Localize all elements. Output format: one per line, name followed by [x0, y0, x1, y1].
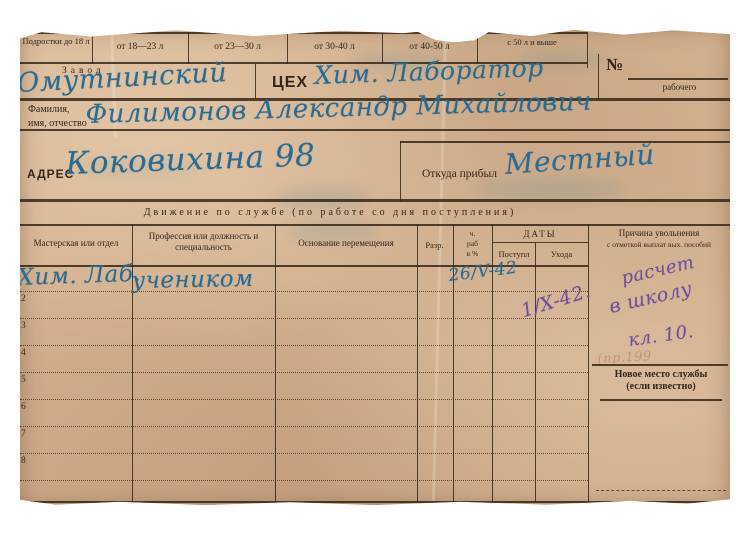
age-cell-under18: Подростки до 18 л: [20, 36, 92, 46]
ink-smudge: [475, 178, 625, 200]
scanned-record-card-page: Подростки до 18 л от 18—23 л от 23—30 л …: [0, 0, 750, 533]
name-row-bottom-border: [20, 129, 730, 131]
record-card: Подростки до 18 л от 18—23 л от 23—30 л …: [20, 28, 730, 506]
origin-box-top-border: [400, 141, 730, 143]
factory-shop-divider: [255, 64, 256, 98]
annotation-dismissal-line2: в школу: [607, 278, 694, 318]
entry-profession-handwritten: учеником: [132, 266, 254, 294]
annotation-date-out: 1/X-42.: [519, 280, 594, 322]
new-place-line2: (если известно): [594, 381, 728, 393]
worker-number-line: [628, 78, 728, 80]
table-row-line: [20, 453, 588, 454]
col-header-profession: Профессия или должность и специальность: [134, 231, 273, 253]
worker-number-sublabel: рабочего: [632, 82, 727, 93]
origin-value-handwritten: Местный: [504, 138, 656, 181]
table-row-line: [20, 372, 588, 373]
name-label-line1: Фамилия,: [28, 104, 69, 116]
col-header-hours-line1: ч.: [454, 229, 491, 238]
table-row-line: [20, 480, 588, 481]
col-header-dates: ДАТЫ: [492, 229, 588, 240]
age-cell-30-40: от 30-40 л: [287, 42, 382, 53]
shop-label: ЦЕХ: [272, 73, 308, 92]
table-row-line: [20, 318, 588, 319]
table-row-line: [20, 399, 588, 400]
row-number: 6: [21, 402, 26, 412]
dates-header-underline: [492, 242, 588, 243]
new-place-underline: [600, 399, 722, 401]
col-header-hours-line3: в %: [454, 249, 491, 258]
row-number: 8: [21, 456, 26, 466]
address-value-handwritten: Коковихина 98: [65, 137, 316, 182]
ink-smudge: [275, 188, 370, 208]
col-header-workshop: Мастерская или отдел: [22, 238, 130, 249]
row-number: 5: [21, 375, 26, 385]
table-row-line: [20, 426, 588, 427]
annotation-dismissal-line3: кл. 10.: [627, 321, 695, 351]
entry-workshop-handwritten: Хим. Лаб.: [17, 261, 141, 291]
section-title-bottom-border: [20, 224, 730, 226]
age-cell-50-plus: с 50 л и выше: [482, 37, 582, 47]
row-number: 2: [21, 294, 26, 304]
number-block-divider: [598, 54, 599, 100]
age-divider: [587, 32, 588, 68]
section-title: Движение по службе (по работе со дня пос…: [50, 207, 610, 219]
col-header-hours-line2: раб: [454, 239, 491, 248]
age-cell-23-30: от 23—30 л: [188, 42, 287, 53]
row-number: 4: [21, 348, 26, 358]
shop-value-handwritten: Хим. Лаборатор: [314, 53, 544, 90]
table-row-line: [20, 291, 588, 292]
table-row-line: [20, 345, 588, 346]
col-header-dismissal-line1: Причина увольнения: [590, 228, 728, 239]
card-bottom-border: [20, 501, 730, 503]
dismissal-column-dash-line: [596, 490, 726, 491]
col-header-basis: Основание перемещения: [277, 238, 415, 249]
new-place-line1: Новое место службы: [594, 369, 728, 381]
worker-number-sign: №: [606, 55, 623, 75]
new-place-top-border: [592, 364, 728, 366]
age-cell-40-50: от 40-50 л: [382, 42, 477, 53]
origin-label: Откуда прибыл: [422, 168, 497, 182]
origin-box-divider: [400, 141, 401, 201]
col-header-grade: Разр.: [418, 240, 451, 250]
row-number: 7: [21, 429, 26, 439]
table-col-divider: [588, 224, 589, 502]
col-header-date-out: Ухода: [536, 249, 587, 259]
card-top-border: [20, 32, 587, 34]
name-value-handwritten: Филимонов Александр Михайлович: [85, 87, 592, 130]
age-cell-18-23: от 18—23 л: [92, 42, 188, 53]
row-number: 3: [21, 321, 26, 331]
col-header-dismissal-line2: с отметкой выплат вых. пособий: [590, 240, 728, 249]
address-row-bottom-border: [20, 199, 730, 202]
entry-date-in-handwritten: 26/V-42: [448, 258, 519, 286]
